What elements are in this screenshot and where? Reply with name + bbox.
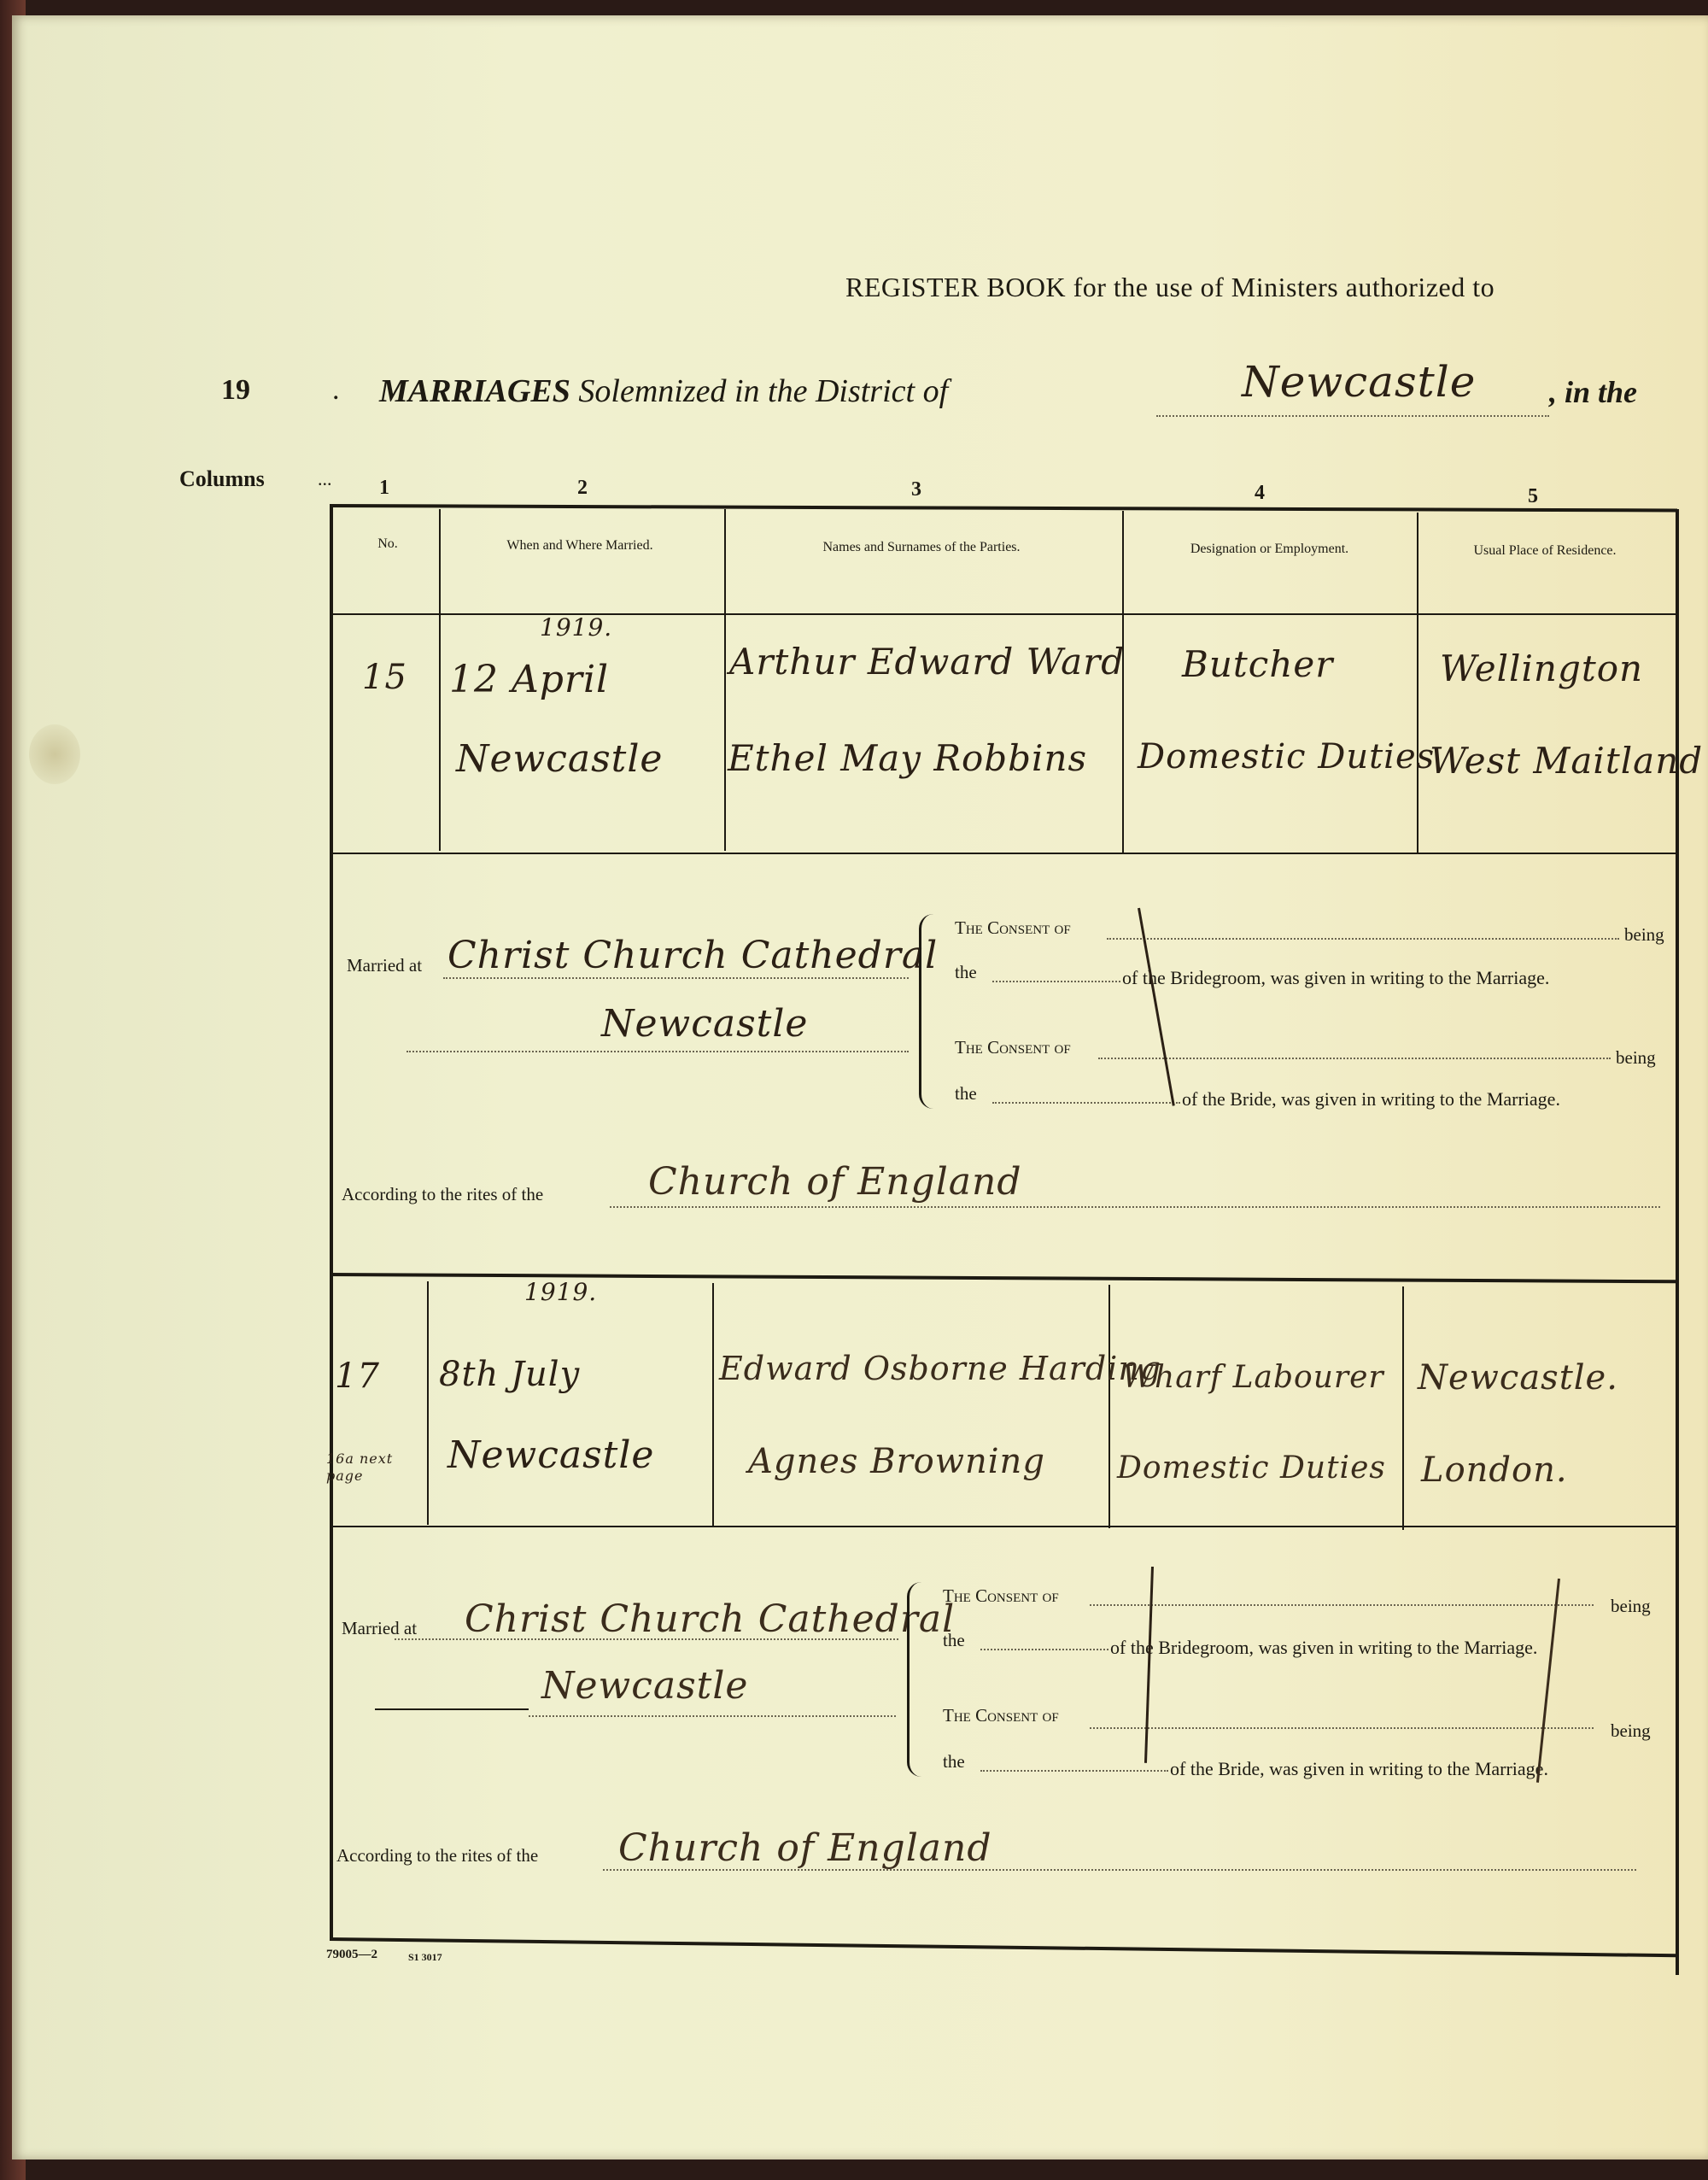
according-to-label: According to the rites of the: [342, 1184, 543, 1205]
married-at-label: Married at: [347, 955, 422, 976]
columns-label: Columns: [179, 466, 265, 492]
entry-year: 1919.: [524, 1278, 597, 1306]
according-to-label: According to the rites of the: [336, 1845, 538, 1866]
marriages-word: MARRIAGES: [379, 373, 570, 409]
column-divider: [427, 1281, 429, 1525]
relation-dotted-line: [980, 1770, 1168, 1772]
groom-residence: Wellington: [1440, 648, 1643, 689]
relation-dotted-line: [992, 981, 1120, 982]
rites-handwritten: Church of England: [618, 1826, 992, 1870]
bride-residence: London.: [1421, 1450, 1568, 1490]
header-designation: Designation or Employment.: [1122, 542, 1417, 557]
of-bridegroom-text: of the Bridegroom, was given in writing …: [1110, 1637, 1537, 1659]
strike-through-mark: [1536, 1579, 1560, 1783]
married-at-line1: Christ Church Cathedral: [447, 934, 938, 977]
consent-dotted-line: [1090, 1727, 1594, 1729]
married-at-dotted-line-2: [407, 1051, 909, 1052]
bride-name: Agnes Browning: [748, 1442, 1045, 1481]
form-code: 79005—2: [326, 1948, 377, 1962]
entry-place: Newcastle: [456, 737, 663, 781]
column-divider: [1108, 1285, 1110, 1528]
solemnized-text: Solemnized in the District of: [578, 373, 948, 409]
entry-number: 17: [335, 1357, 380, 1396]
column-number-1: 1: [379, 477, 389, 500]
married-at-line1: Christ Church Cathedral: [465, 1597, 955, 1641]
the-label: the: [955, 962, 977, 983]
header-residence: Usual Place of Residence.: [1417, 543, 1673, 559]
groom-name: Edward Osborne Harding: [719, 1350, 1161, 1387]
married-at-dotted-line: [443, 977, 909, 979]
entry-place: Newcastle: [447, 1433, 654, 1477]
table-right-border: [1676, 509, 1679, 1975]
column-number-2: 2: [577, 477, 588, 500]
columns-dots: ...: [318, 468, 332, 490]
being-label: being: [1611, 1596, 1651, 1617]
being-label: being: [1624, 924, 1664, 946]
register-page: REGISTER BOOK for the use of Ministers a…: [12, 15, 1708, 2159]
relation-dotted-line: [980, 1649, 1108, 1650]
rites-dotted-line: [610, 1206, 1660, 1208]
consent-brace: [907, 1582, 921, 1777]
header-no: No.: [336, 536, 439, 552]
consent-of-label: The Consent of: [955, 1037, 1071, 1058]
column-divider: [1417, 513, 1418, 854]
groom-employment: Wharf Labourer: [1122, 1360, 1384, 1395]
of-bride-text: of the Bride, was given in writing to th…: [1182, 1088, 1560, 1111]
bride-employment: Domestic Duties: [1117, 1450, 1386, 1486]
bride-name: Ethel May Robbins: [728, 737, 1087, 779]
married-at-dotted-line-2: [529, 1715, 896, 1717]
entry-year: 1919.: [540, 613, 612, 642]
header-row-border: [330, 613, 1677, 615]
column-divider: [712, 1283, 714, 1527]
column-divider: [1402, 1286, 1404, 1530]
title-end: , in the: [1549, 374, 1637, 410]
entry-row-border: [330, 853, 1677, 854]
bride-residence: West Maitland: [1430, 740, 1703, 782]
header-names: Names and Surnames of the Parties.: [721, 540, 1122, 555]
groom-employment: Butcher: [1182, 643, 1333, 685]
consent-dotted-line: [1098, 1058, 1611, 1059]
consent-of-label: The Consent of: [943, 1585, 1059, 1607]
consent-of-label: The Consent of: [955, 917, 1071, 939]
district-handwritten: Newcastle: [1242, 357, 1476, 407]
entry-row-border: [330, 1526, 1677, 1527]
rites-handwritten: Church of England: [648, 1160, 1022, 1204]
bride-employment: Domestic Duties: [1138, 737, 1435, 776]
married-at-line2: Newcastle: [541, 1664, 748, 1708]
year-prefix: 19: [221, 374, 250, 407]
column-divider: [439, 509, 441, 851]
column-number-4: 4: [1255, 482, 1265, 505]
of-bride-text: of the Bride, was given in writing to th…: [1170, 1758, 1548, 1780]
table-left-border: [330, 504, 333, 1939]
the-label: the: [943, 1751, 965, 1773]
married-at-line2: Newcastle: [601, 1002, 808, 1046]
consent-of-label: The Consent of: [943, 1705, 1059, 1726]
consent-dotted-line: [1090, 1604, 1594, 1606]
marriages-title: MARRIAGES Solemnized in the District of: [379, 372, 948, 410]
header-when-where: When and Where Married.: [439, 538, 721, 554]
district-dotted-line: [1156, 415, 1549, 417]
column-number-5: 5: [1528, 485, 1538, 508]
entry-note: 16a next page: [326, 1450, 412, 1485]
relation-dotted-line: [992, 1102, 1180, 1104]
print-code: S1 3017: [408, 1951, 442, 1964]
column-number-3: 3: [911, 478, 921, 501]
married-at-dotted-line: [395, 1638, 898, 1640]
entry-date: 8th July: [439, 1355, 580, 1394]
title-dot: .: [332, 374, 340, 407]
entry-number: 15: [362, 658, 407, 697]
the-label: the: [943, 1630, 965, 1651]
column-divider: [724, 509, 726, 851]
being-label: being: [1611, 1720, 1651, 1742]
being-label: being: [1616, 1047, 1656, 1069]
the-label: the: [955, 1083, 977, 1105]
register-book-title: REGISTER BOOK for the use of Ministers a…: [845, 272, 1494, 303]
consent-brace: [919, 914, 933, 1109]
groom-residence: Newcastle.: [1418, 1358, 1618, 1398]
of-bridegroom-text: of the Bridegroom, was given in writing …: [1122, 967, 1549, 989]
paper-stain: [29, 724, 80, 784]
groom-name: Arthur Edward Ward: [729, 641, 1125, 683]
table-bottom-border: [330, 1937, 1677, 1957]
entry-date: 12 April: [449, 658, 609, 701]
consent-dotted-line: [1107, 938, 1619, 940]
married-at-label: Married at: [342, 1618, 417, 1639]
married-at-solid-line: [375, 1708, 529, 1710]
table-top-border: [330, 504, 1677, 513]
strike-through-mark: [1144, 1567, 1154, 1763]
